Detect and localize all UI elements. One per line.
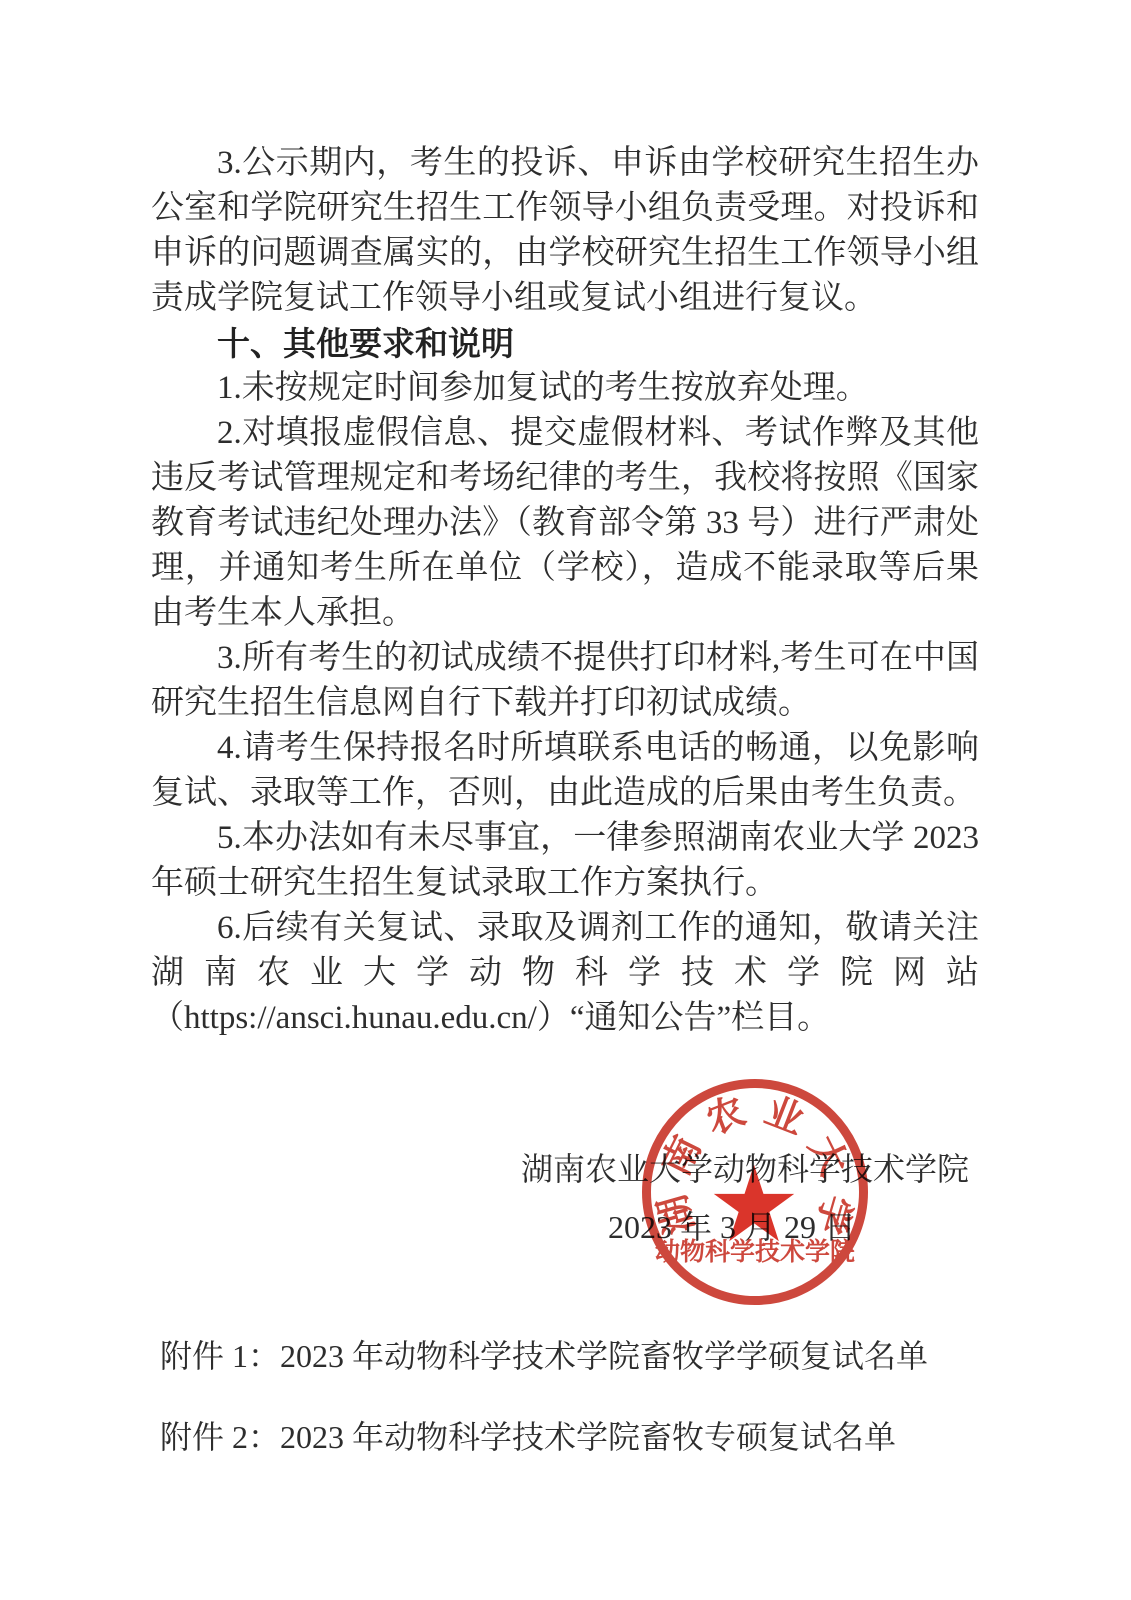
seal-arc-char: 农	[697, 1085, 751, 1139]
paragraph-item-2: 2.对填报虚假信息、提交虚假材料、考试作弊及其他违反考试管理规定和考场纪律的考生…	[151, 411, 979, 636]
document-body: 3.公示期内，考生的投诉、申诉由学校研究生招生办公室和学院研究生招生工作领导小组…	[151, 141, 979, 1041]
section-heading-other-requirements: 十、其他要求和说明	[151, 321, 979, 366]
paragraph-item-6: 6.后续有关复试、录取及调剂工作的通知，敬请关注湖南农业大学动物科学技术学院网站…	[151, 906, 979, 1041]
attachment-2-label: 附件 2：2023 年动物科学技术学院畜牧专硕复试名单	[160, 1412, 896, 1458]
seal-ring	[642, 1079, 868, 1305]
paragraph-item-5: 5.本办法如有未尽事宜，一律参照湖南农业大学 2023 年硕士研究生招生复试录取…	[151, 816, 979, 906]
paragraph-item-3: 3.所有考生的初试成绩不提供打印材料,考生可在中国研究生招生信息网自行下载并打印…	[151, 636, 979, 726]
paragraph-complaints: 3.公示期内，考生的投诉、申诉由学校研究生招生办公室和学院研究生招生工作领导小组…	[151, 141, 979, 321]
signature-organization: 湖南农业大学动物科学技术学院	[521, 1144, 969, 1190]
paragraph-item-4: 4.请考生保持报名时所填联系电话的畅通，以免影响复试、录取等工作，否则，由此造成…	[151, 726, 979, 816]
official-seal: 湖南农业大学 动物科学技术学院	[642, 1079, 868, 1305]
document-page: 3.公示期内，考生的投诉、申诉由学校研究生招生办公室和学院研究生招生工作领导小组…	[0, 0, 1131, 1600]
seal-arc-char: 业	[759, 1085, 813, 1139]
paragraph-item-1: 1.未按规定时间参加复试的考生按放弃处理。	[151, 366, 979, 411]
attachment-1-label: 附件 1：2023 年动物科学技术学院畜牧学学硕复试名单	[160, 1331, 928, 1377]
signature-date: 2023 年 3 月 29 日	[608, 1202, 856, 1248]
